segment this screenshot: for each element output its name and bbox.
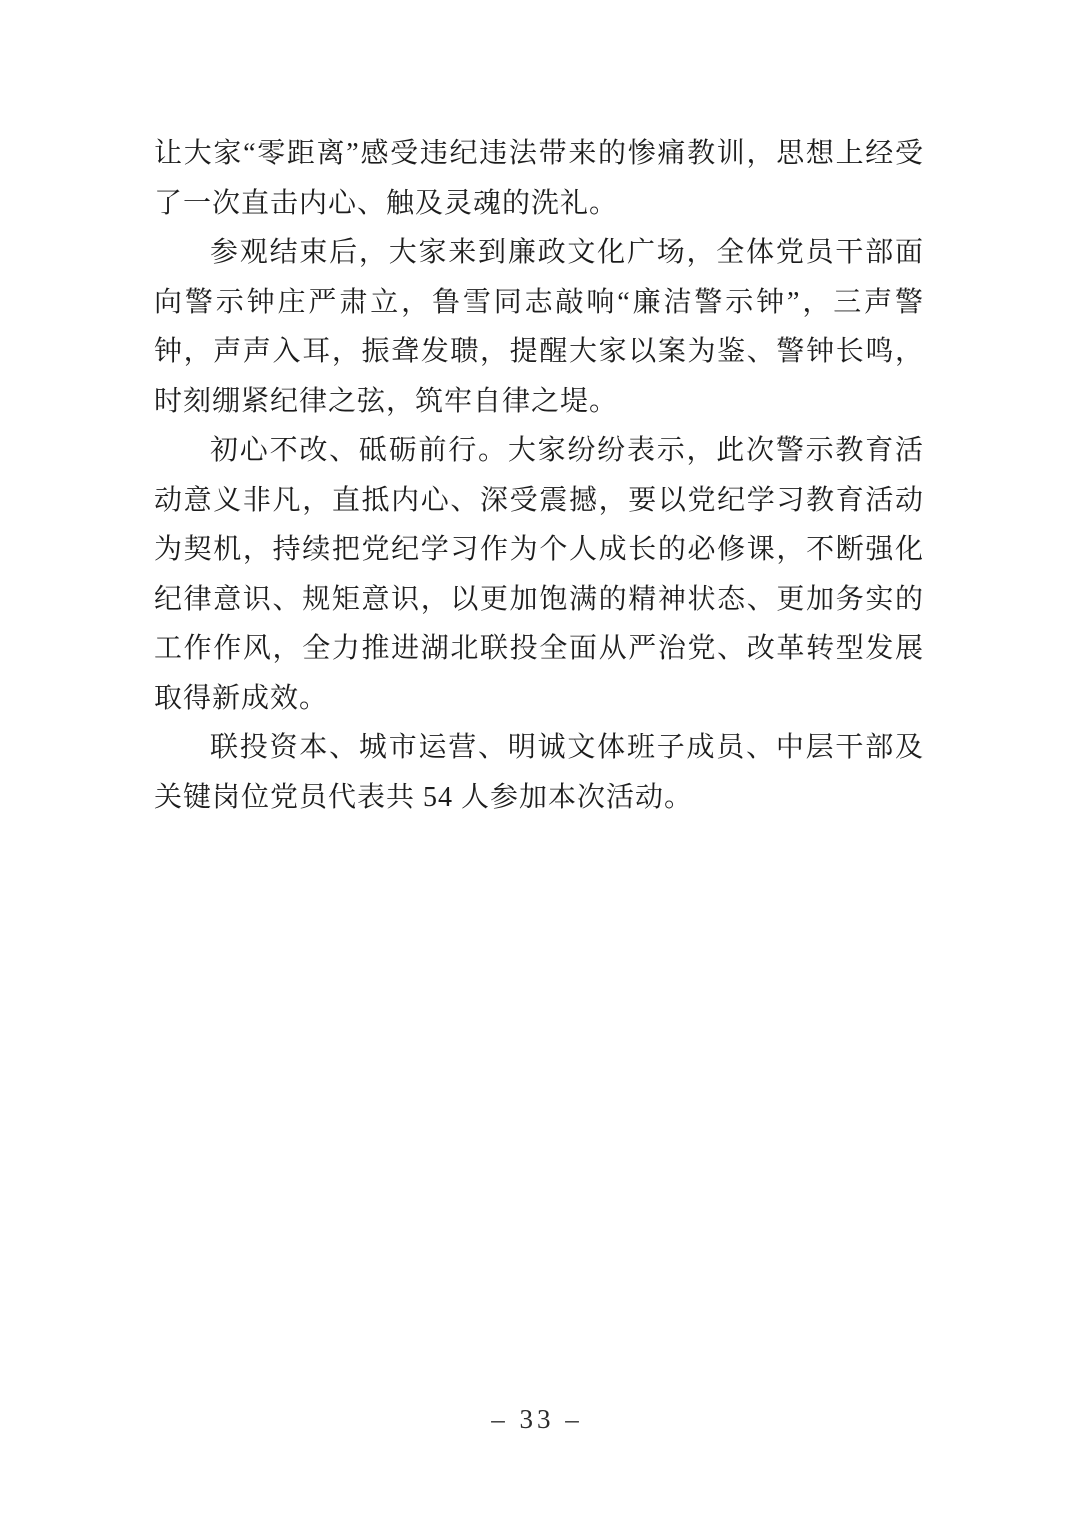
document-page: 让大家“零距离”感受违纪违法带来的惨痛教训，思想上经受了一次直击内心、触及灵魂的… (0, 0, 1074, 1520)
document-body: 让大家“零距离”感受违纪违法带来的惨痛教训，思想上经受了一次直击内心、触及灵魂的… (154, 129, 924, 822)
paragraph: 初心不改、砥砺前行。大家纷纷表示，此次警示教育活动意义非凡，直抵内心、深受震撼，… (154, 426, 924, 723)
paragraph: 联投资本、城市运营、明诚文体班子成员、中层干部及关键岗位党员代表共 54 人参加… (154, 723, 924, 822)
paragraph: 让大家“零距离”感受违纪违法带来的惨痛教训，思想上经受了一次直击内心、触及灵魂的… (154, 129, 924, 228)
page-number: – 33 – (0, 1404, 1074, 1435)
paragraph: 参观结束后，大家来到廉政文化广场，全体党员干部面向警示钟庄严肃立，鲁雪同志敲响“… (154, 228, 924, 426)
